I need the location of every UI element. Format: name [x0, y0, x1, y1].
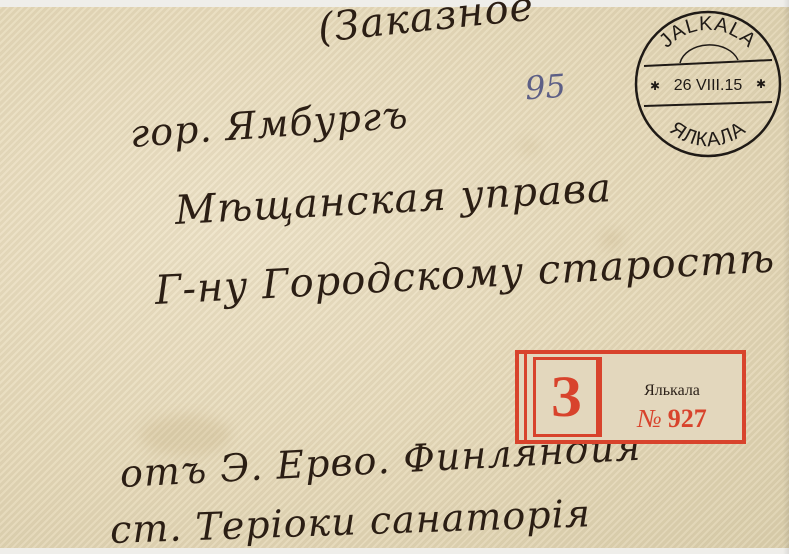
registration-number-value: 927 [668, 404, 707, 433]
postmark-stamp: JALKALA ЯЛКАЛА ✱ ✱ 26 VIII.15 [632, 8, 784, 160]
star-icon: ✱ [756, 77, 766, 91]
postmark-town-latin: JALKALA [655, 13, 760, 52]
registration-letter-box: З [533, 357, 599, 437]
postmark-town-cyrillic: ЯЛКАЛА [666, 117, 750, 151]
pencil-note: 95 [524, 67, 567, 108]
sender-line-2: ст. Теріоки санаторія [109, 491, 591, 552]
star-icon: ✱ [650, 79, 660, 93]
postmark-date: 26 VIII.15 [674, 77, 743, 94]
registration-office: Ялькала [602, 382, 742, 400]
number-sign: № [637, 404, 662, 433]
label-border-line [524, 354, 527, 440]
address-recipient: Г-ну Городскому старостѣ [154, 236, 776, 314]
svg-text:ЯЛКАЛА: ЯЛКАЛА [666, 117, 750, 151]
registered-marking: (Заказное [316, 0, 537, 52]
registration-letter: З [551, 368, 582, 426]
svg-text:JALKALA: JALKALA [655, 13, 760, 52]
address-city: гор. Ямбургъ [128, 93, 409, 156]
registration-label: З Ялькала №927 [515, 350, 746, 444]
registration-number: №927 [602, 404, 742, 434]
envelope-photo: (Заказное 95 гор. Ямбургъ Мѣщанская упра… [0, 0, 789, 554]
address-office: Мѣщанская управа [174, 165, 613, 234]
stain [520, 140, 538, 154]
